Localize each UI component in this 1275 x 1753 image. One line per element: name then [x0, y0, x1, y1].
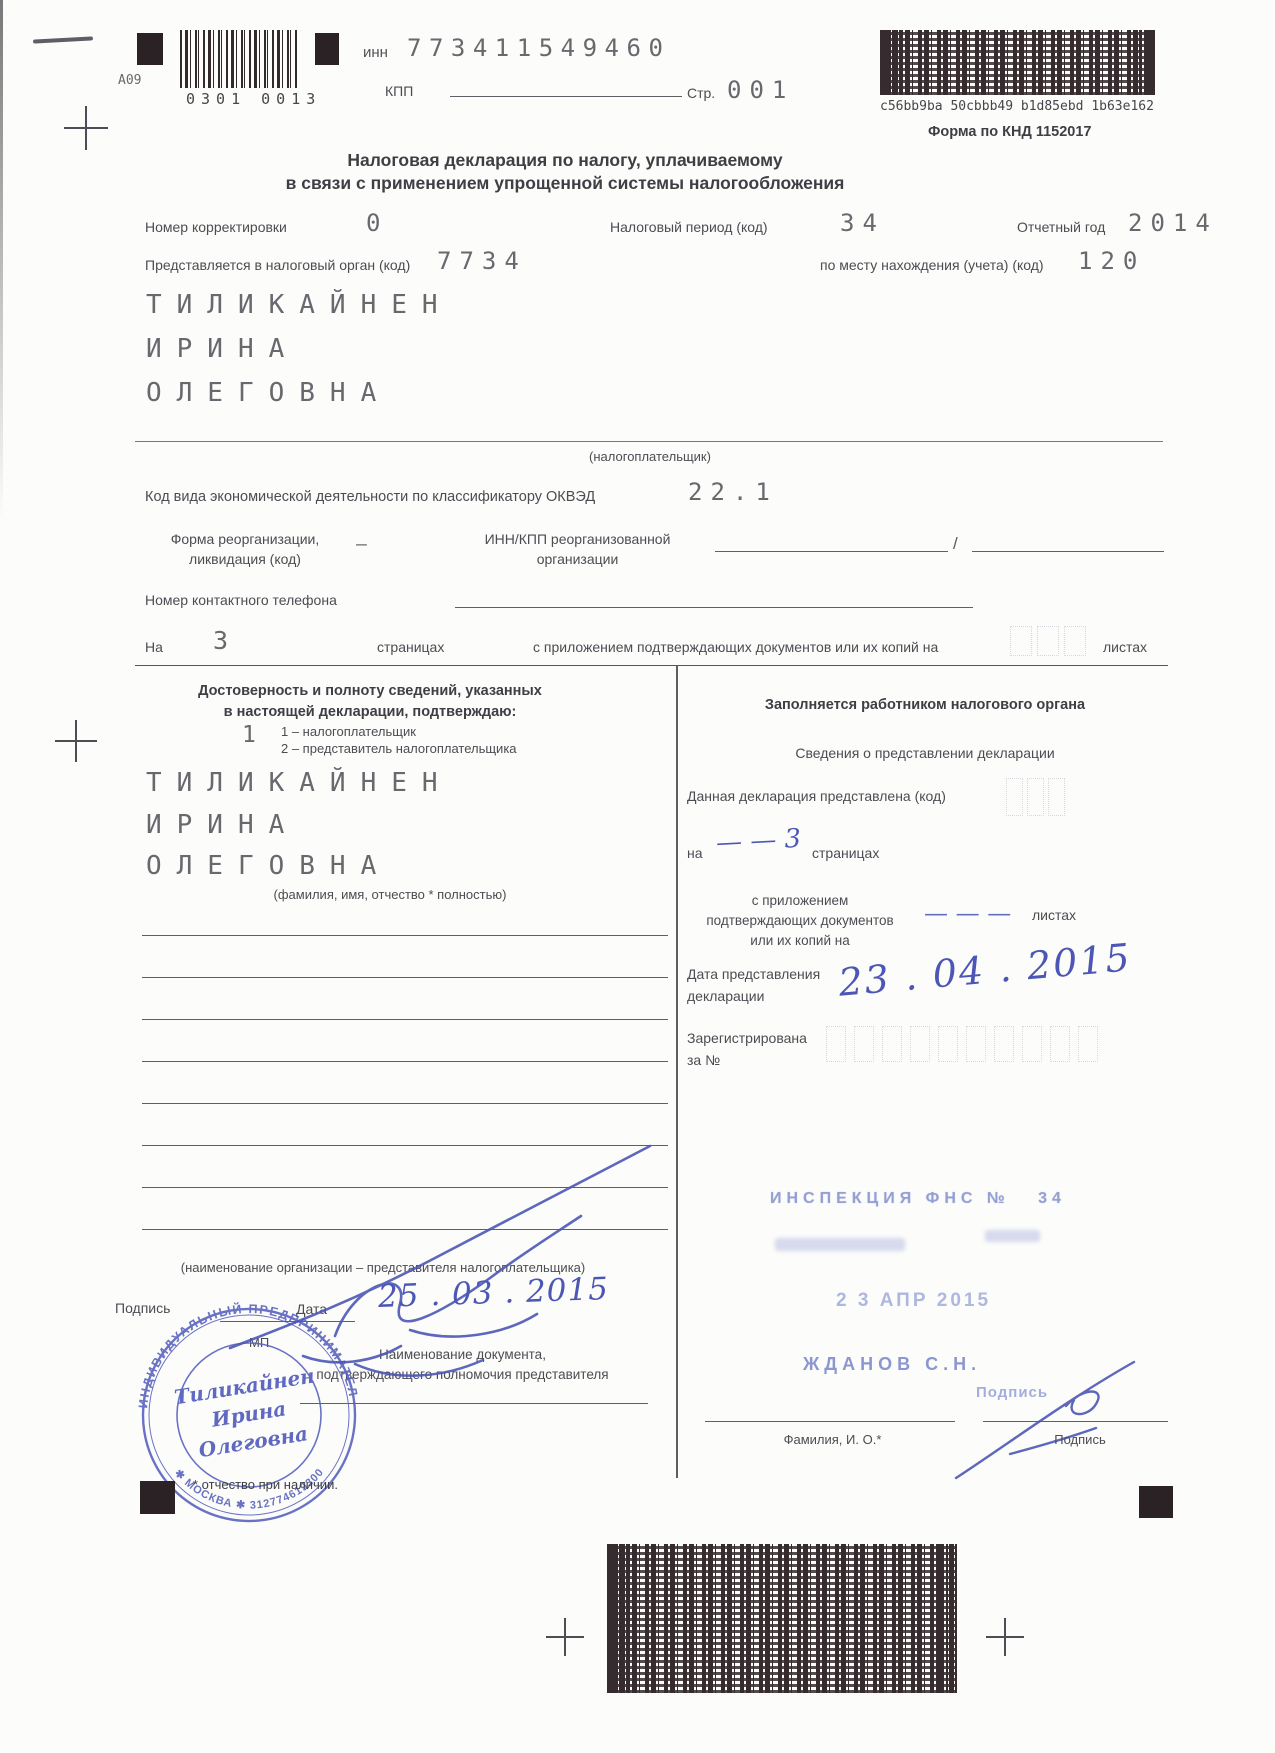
attachments-line2: подтверждающих документов: [685, 911, 915, 931]
form-barcode-2d: [880, 30, 1155, 95]
form-knd-code: Форма по КНД 1152017: [928, 124, 1092, 140]
submission-date-label-line2: декларации: [687, 988, 764, 1004]
registration-cross-bottom-right: [986, 1618, 1024, 1656]
tax-authority-value: 7734: [437, 247, 527, 275]
inn-value: 773411549460: [407, 34, 670, 62]
page-number-label: Стр.: [687, 85, 715, 101]
reorg-form-label-line1: Форма реорганизации,: [140, 529, 350, 549]
scanned-tax-declaration-page: A09 0301 0013 инн 773411549460 КПП Стр. …: [0, 0, 1275, 1753]
phone-blank-line: [455, 607, 973, 608]
pages-count-value: 3: [213, 626, 228, 655]
handwritten-pages-count: — — 3: [715, 824, 802, 858]
confirmation-line1: Достоверность и полноту сведений, указан…: [140, 681, 600, 702]
sheets-word-label: листах: [1032, 907, 1076, 923]
correction-label: Номер корректировки: [145, 219, 287, 235]
location-code-label: по месту нахождения (учета) (код): [820, 257, 1044, 273]
blank-line: [142, 935, 668, 936]
attachments-line1: с приложением: [685, 891, 915, 911]
attachments-line3: или их копий на: [685, 931, 915, 951]
registration-square: [315, 33, 339, 65]
taxpayer-name-line2: ИРИНА: [146, 334, 299, 364]
faded-stamp-smudge: [985, 1230, 1040, 1242]
document-title-line2: в связи с применением упрощенной системы…: [135, 173, 995, 194]
registration-cross-top-left: [64, 106, 108, 150]
taxpayer-caption: (налогоплательщик): [135, 449, 1165, 464]
inspector-fio-line: [705, 1421, 955, 1422]
page-number-value: 001: [727, 76, 794, 104]
phone-label: Номер контактного телефона: [145, 592, 337, 608]
presented-label: Данная декларация представлена (код): [687, 788, 946, 804]
inspection-stamp-date: 2 3 АПР 2015: [836, 1290, 991, 1312]
column-divider: [676, 665, 678, 1478]
document-title-line1: Налоговая декларация по налогу, уплачива…: [135, 150, 995, 171]
kpp-blank-line: [450, 96, 682, 97]
kpp-label: КПП: [385, 83, 413, 99]
confirmation-line2: в настоящей декларации, подтверждаю:: [140, 702, 600, 723]
reorg-form-value-dash: —: [356, 534, 367, 555]
reorg-inn-label-line1: ИНН/КПП реорганизованной: [450, 529, 705, 549]
blank-line: [142, 1019, 668, 1020]
signer-code-value: 1: [242, 722, 256, 748]
correction-value: 0: [366, 209, 380, 237]
location-code-value: 120: [1078, 247, 1145, 275]
registration-square: [140, 1481, 175, 1514]
signer-name-line2: ИРИНА: [146, 810, 299, 840]
dash-mark: [33, 36, 93, 43]
pages-word-label: страницах: [812, 845, 879, 861]
inspection-stamp-text: ИНСПЕКЦИЯ ФНС № 34: [770, 1190, 1066, 1208]
blank-line: [142, 1061, 668, 1062]
submission-date-label-line1: Дата представления: [687, 966, 820, 982]
tax-period-value: 34: [840, 209, 885, 237]
registration-square: [137, 33, 163, 65]
reorg-form-label: Форма реорганизации, ликвидация (код): [140, 529, 350, 569]
okved-value: 22.1: [688, 478, 778, 506]
inn-kpp-slash: /: [953, 534, 958, 554]
attachments-count-cells: [1010, 626, 1086, 661]
barcode-digits: 0301 0013: [186, 90, 321, 108]
signer-option1: 1 – налогоплательщик: [281, 724, 416, 739]
confirmation-header: Достоверность и полноту сведений, указан…: [140, 681, 600, 723]
reorg-form-label-line2: ликвидация (код): [140, 549, 350, 569]
faded-stamp-smudge: [775, 1238, 905, 1251]
taxpayer-name-line3: ОЛЕГОВНА: [146, 378, 391, 408]
footnote: * отчество при наличии.: [193, 1477, 338, 1492]
report-year-label: Отчетный год: [1017, 219, 1105, 235]
okved-label: Код вида экономической деятельности по к…: [145, 489, 595, 505]
attachments-label: с приложением подтверждающих документов …: [533, 639, 938, 655]
barcode-hash: c56bb9ba 50cbbb49 b1d85ebd 1b63e162: [880, 99, 1154, 114]
blank-line: [142, 977, 668, 978]
attachments-block: с приложением подтверждающих документов …: [685, 891, 915, 951]
signer-name-line1: ТИЛИКАЙНЕН: [146, 768, 453, 798]
registration-cross-mid-left: [55, 720, 97, 762]
inspector-fio-caption: Фамилия, И. О.*: [705, 1432, 960, 1447]
reorg-inn-label-line2: организации: [450, 549, 705, 569]
inspector-signature-caption: Подпись: [1005, 1432, 1155, 1447]
fio-caption: (фамилия, имя, отчество * полностью): [170, 887, 610, 902]
corner-code: A09: [118, 73, 141, 88]
section-separator: [135, 665, 1168, 666]
signer-name-line3: ОЛЕГОВНА: [146, 851, 391, 881]
on-pages-label: на: [687, 845, 703, 861]
handwritten-sheets-dashes: — — —: [924, 899, 1011, 927]
registered-label-line2: за №: [687, 1052, 720, 1068]
taxpayer-name-line1: ТИЛИКАЙНЕН: [146, 290, 453, 320]
pages-label: страницах: [377, 639, 444, 655]
tax-authority-label: Представляется в налоговый орган (код): [145, 257, 410, 273]
blank-line: [142, 1103, 668, 1104]
page-barcode-2d: [607, 1544, 957, 1693]
scan-edge-artifact: [0, 0, 3, 520]
reorg-inn-label: ИНН/КПП реорганизованной организации: [450, 529, 705, 569]
tax-period-label: Налоговый период (код): [610, 219, 768, 235]
reorg-inn-blank-line: [715, 551, 948, 552]
registration-number-cells: [826, 1026, 1098, 1067]
presented-code-cells: [1006, 778, 1065, 821]
inspector-section-subheader: Сведения о представлении декларации: [690, 745, 1160, 761]
registration-square: [1139, 1486, 1173, 1518]
form-barcode-1d: [180, 30, 298, 88]
pen-signature: [205, 1128, 660, 1393]
taxpayer-rule: [135, 441, 1163, 442]
signer-option2: 2 – представитель налогоплательщика: [281, 741, 517, 756]
registration-cross-bottom-left: [546, 1618, 584, 1656]
inspector-section-header: Заполняется работником налогового органа: [690, 697, 1160, 713]
registered-label-line1: Зарегистрирована: [687, 1030, 807, 1046]
report-year-value: 2014: [1128, 209, 1218, 237]
inspector-signature-line: [983, 1421, 1168, 1422]
sheets-label: листах: [1103, 639, 1147, 655]
inn-label: инн: [363, 44, 388, 61]
reorg-kpp-blank-line: [972, 551, 1164, 552]
pages-on-label: На: [145, 639, 163, 655]
